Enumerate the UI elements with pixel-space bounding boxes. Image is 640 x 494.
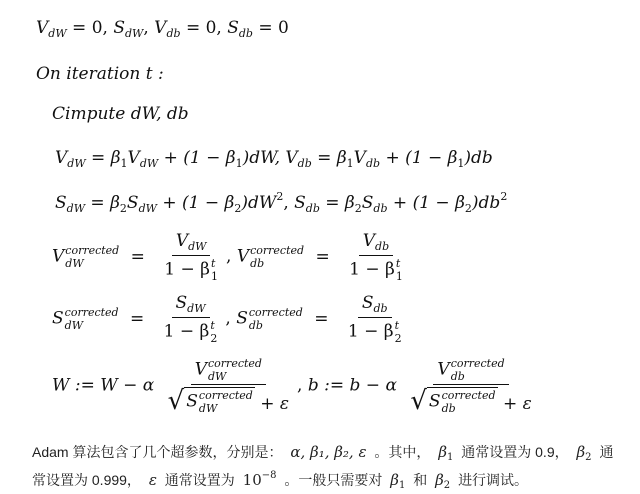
expr: 1 − β [348, 322, 394, 342]
superscript: corrected [451, 358, 505, 369]
expr: b := b − α [308, 376, 397, 396]
subscript: dW [67, 157, 85, 170]
iteration-heading: On iteration t : [36, 64, 164, 84]
expr: )dW, [243, 148, 280, 168]
s-dw-sub: dW [125, 27, 143, 40]
subscript: 2 [120, 202, 127, 215]
subscript: db [442, 403, 496, 414]
v-db-symbol: V [154, 18, 166, 38]
superscript: corrected [250, 245, 304, 256]
superscript: corrected [199, 390, 253, 401]
comma: , [297, 376, 302, 396]
subscript: db [249, 320, 303, 331]
superscript: t [396, 258, 403, 269]
superscript: t [210, 320, 217, 331]
compute-step: Cimpute dW, db [52, 104, 189, 124]
subscript: 1 [347, 157, 354, 170]
symbol: V [128, 148, 140, 168]
sub-sup-stack: correcteddW [65, 245, 119, 269]
subscript: 1 [447, 452, 453, 463]
subscript: 1 [121, 157, 128, 170]
subscript: 1 [399, 480, 405, 491]
symbol: V [55, 148, 67, 168]
superscript: t [211, 258, 218, 269]
subscript: dW [139, 202, 157, 215]
equals-zero: = 0, [186, 18, 222, 38]
sqrt: √Scorrecteddb [410, 387, 497, 414]
subscript: 2 [444, 480, 450, 491]
subscript: 2 [210, 333, 217, 344]
text: 通常设置为 [165, 472, 235, 488]
expr: = β [325, 193, 354, 213]
symbol: V [195, 360, 207, 380]
symbol: S [429, 392, 441, 412]
fraction: Vdb1 − βt1 [345, 232, 407, 282]
subscript: db [306, 202, 320, 215]
epsilon: + ε [260, 394, 289, 414]
fraction: Vcorrecteddb √Scorrecteddb + ε [406, 358, 535, 414]
paragraph-line-2: 常设置为 0.999， ε 通常设置为 10−8 。一般只需要对 β1 和 β2… [32, 464, 528, 494]
subscript: db [451, 371, 505, 382]
comma: , [143, 18, 148, 38]
v-db-sub: db [166, 27, 180, 40]
subscript: 2 [465, 202, 472, 215]
symbol: V [437, 360, 449, 380]
symbol: V [363, 231, 375, 251]
equals-zero: = 0, [72, 18, 108, 38]
subscript: dW [199, 403, 253, 414]
expr: 1 − β [164, 260, 210, 280]
s-dw-symbol: S [113, 18, 125, 38]
symbol: S [362, 293, 374, 313]
text: 和 [413, 472, 427, 488]
subscript: 1 [211, 271, 218, 282]
text: Adam 算法包含了几个超参数，分别是： [32, 444, 282, 460]
superscript: t [395, 320, 402, 331]
expr: + (1 − β [393, 193, 465, 213]
superscript: 2 [500, 190, 507, 203]
expr: )db [464, 148, 492, 168]
superscript: corrected [249, 307, 303, 318]
subscript: db [366, 157, 380, 170]
equals-zero: = 0 [258, 18, 288, 38]
superscript: corrected [442, 390, 496, 401]
symbol: S [176, 293, 188, 313]
expr: + (1 − β [164, 148, 236, 168]
beta2-math: β [577, 443, 586, 461]
fraction: SdW1 − βt2 [160, 294, 222, 344]
symbol: V [237, 247, 249, 267]
subscript: db [373, 202, 387, 215]
beta1-math: β [438, 443, 447, 461]
init-formula: VdW = 0, SdW, Vdb = 0, Sdb = 0 [36, 18, 289, 40]
update-formula: W := W − α VcorrecteddW √ScorrecteddW + … [52, 358, 540, 414]
text: 。一般只需要对 [284, 472, 382, 488]
beta2-math: β [435, 471, 444, 489]
symbol: S [52, 309, 64, 329]
symbol: V [285, 148, 297, 168]
comma: , [283, 193, 288, 213]
subscript: db [298, 157, 312, 170]
symbol: S [236, 309, 248, 329]
subscript: 2 [355, 202, 362, 215]
sub-sup-stack: correcteddb [250, 245, 304, 269]
subscript: dW [188, 240, 206, 253]
subscript: db [373, 302, 387, 315]
fraction: VdW1 − βt1 [160, 232, 222, 282]
subscript: 1 [396, 271, 403, 282]
superscript: corrected [65, 307, 119, 318]
subscript: dW [67, 202, 85, 215]
symbol: V [52, 247, 64, 267]
fraction: VcorrecteddW √ScorrecteddW + ε [164, 358, 293, 414]
symbol: S [362, 193, 374, 213]
superscript: corrected [208, 358, 262, 369]
expr: )db [472, 193, 500, 213]
symbol: S [294, 193, 306, 213]
s-db-symbol: S [227, 18, 239, 38]
expr: + (1 − β [385, 148, 457, 168]
s-db-sub: db [239, 27, 253, 40]
sub-sup-stack: correcteddb [249, 307, 303, 331]
sqrt: √ScorrecteddW [168, 387, 255, 414]
subscript: dW [65, 258, 119, 269]
text: 通 [599, 444, 613, 460]
symbol: S [127, 193, 139, 213]
expr: W := W − α [52, 376, 154, 396]
expr: = β [317, 148, 346, 168]
subscript: 2 [395, 333, 402, 344]
subscript: 2 [585, 452, 591, 463]
expr: 1 − β [164, 322, 210, 342]
symbol: S [55, 193, 67, 213]
symbol: V [354, 148, 366, 168]
exponent: −8 [262, 470, 277, 481]
text: 。其中， [374, 444, 430, 460]
s-corrected-formula: ScorrecteddW = SdW1 − βt2, Scorrecteddb … [52, 294, 410, 344]
subscript: 1 [236, 157, 243, 170]
text: 进行调试。 [458, 472, 528, 488]
subscript: dW [208, 371, 262, 382]
subscript: dW [140, 157, 158, 170]
epsilon-math: ε [149, 471, 157, 489]
text: 通常设置为 0.9， [461, 444, 568, 460]
subscript: db [375, 240, 389, 253]
expr: = β [91, 148, 120, 168]
expr: + (1 − β [162, 193, 234, 213]
symbol: S [186, 392, 198, 412]
expr: = β [90, 193, 119, 213]
superscript: corrected [65, 245, 119, 256]
subscript: dW [187, 302, 205, 315]
v-corrected-formula: VcorrecteddW = VdW1 − βt1, Vcorrecteddb … [52, 232, 411, 282]
sub-sup-stack: correcteddW [65, 307, 119, 331]
ten: 10 [243, 471, 262, 489]
momentum-formula: VdW = β1VdW + (1 − β1)dW, Vdb = β1Vdb + … [55, 148, 493, 170]
beta1-math: β [390, 471, 399, 489]
v-dw-symbol: V [36, 18, 48, 38]
expr: 1 − β [349, 260, 395, 280]
v-dw-sub: dW [48, 27, 66, 40]
text: 常设置为 0.999， [32, 472, 141, 488]
rmsprop-formula: SdW = β2SdW + (1 − β2)dW2, Sdb = β2Sdb +… [55, 190, 507, 215]
fraction: Sdb1 − βt2 [344, 294, 406, 344]
epsilon: + ε [503, 394, 532, 414]
subscript: db [250, 258, 304, 269]
symbol: V [176, 231, 188, 251]
params-math: α, β₁, β₂, ε [290, 443, 366, 461]
expr: )dW [241, 193, 276, 213]
subscript: dW [65, 320, 119, 331]
